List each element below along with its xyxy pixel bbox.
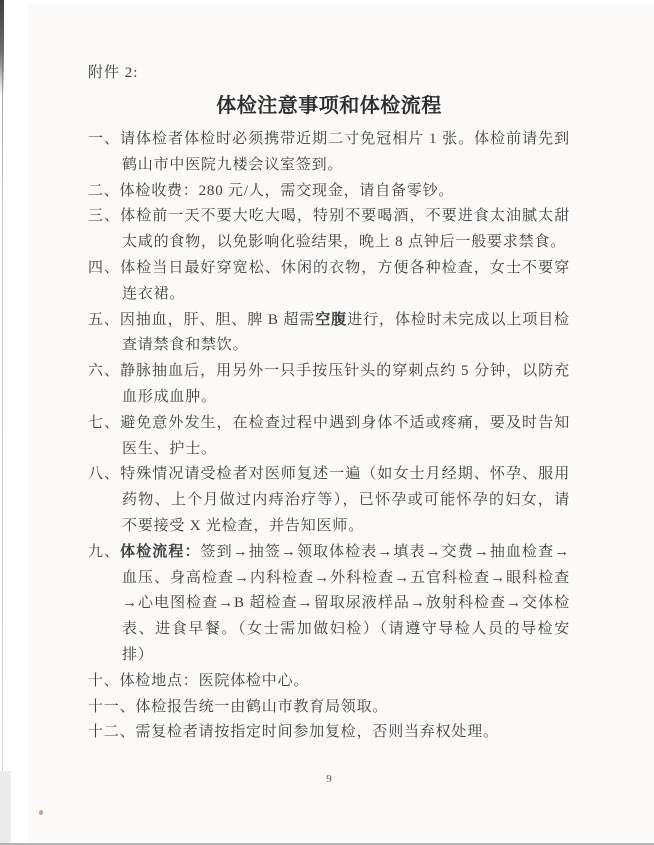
item-line: 不要接受 X 光检查，并告知医师。: [88, 514, 570, 540]
body-text: 体检前一天不要大吃大喝，特别不要喝酒，不要进食太油腻太甜: [120, 208, 570, 224]
item-line: 医生、护士。: [88, 437, 570, 463]
body-text: 排）: [122, 647, 154, 663]
list-item-7: 七、避免意外发生，在检查过程中遇到身体不适或疼痛，要及时告知医生、护士。: [88, 411, 570, 463]
body-text: 太咸的食物，以免影响化验结果，晚上 8 点钟后一般要求禁食。: [122, 234, 566, 250]
list-item-9: 九、体检流程：签到→抽签→领取体检表→填表→交费→抽血检查→血压、身高检查→内科…: [88, 540, 570, 669]
list-item-10: 十、体检地点：医院体检中心。: [88, 669, 570, 695]
item-line: 十、体检地点：医院体检中心。: [88, 669, 570, 695]
item-number: 五、: [88, 312, 120, 328]
body-text: 静脉抽血后，用另外一只手按压针头的穿刺点约 5 分钟，以防充: [120, 363, 570, 379]
item-number: 一、: [88, 131, 120, 147]
body-text: 鹤山市中医院九楼会议室签到。: [122, 157, 343, 173]
item-number: 十、: [88, 673, 120, 689]
item-line: 血形成血肿。: [88, 385, 570, 411]
item-line: 排）: [88, 643, 570, 669]
body-text: 连衣裙。: [122, 286, 185, 302]
item-number: 六、: [88, 363, 120, 379]
body-text: 查请禁食和禁饮。: [122, 337, 248, 353]
item-number: 九、: [88, 544, 120, 560]
body-text: 特殊情况请受检者对医师复述一遍（如女士月经期、怀孕、服用: [120, 466, 570, 482]
body-text: 需复检者请按指定时间参加复检，否则当弃权处理。: [135, 724, 498, 740]
list-item-5: 五、因抽血，肝、胆、脾 B 超需空腹进行，体检时未完成以上项目检查请禁食和禁饮。: [88, 308, 570, 360]
body-text: →心电图检查→B 超检查→留取尿液样品→放射科检查→交体检: [122, 595, 570, 611]
body-text: 表、进食早餐。（女士需加做妇检）（请遵守导检人员的导检安: [122, 621, 570, 637]
list-item-11: 十一、体检报告统一由鹤山市教育局领取。: [88, 695, 570, 721]
item-number: 十一、: [88, 699, 135, 715]
item-number: 十二、: [88, 724, 135, 740]
item-line: 十二、需复检者请按指定时间参加复检，否则当弃权处理。: [88, 720, 570, 746]
body-text: 体检报告统一由鹤山市教育局领取。: [135, 699, 388, 715]
item-line: 鹤山市中医院九楼会议室签到。: [88, 153, 570, 179]
item-line: 药物、上个月做过内痔治疗等），已怀孕或可能怀孕的妇女，请: [88, 488, 570, 514]
list-item-6: 六、静脉抽血后，用另外一只手按压针头的穿刺点约 5 分钟，以防充血形成血肿。: [88, 359, 570, 411]
body-text: 药物、上个月做过内痔治疗等），已怀孕或可能怀孕的妇女，请: [122, 492, 570, 508]
item-number: 七、: [88, 415, 120, 431]
item-number: 四、: [88, 260, 120, 276]
body-text: 血形成血肿。: [122, 389, 217, 405]
body-text: 体检地点：医院体检中心。: [120, 673, 310, 689]
item-line: 九、体检流程：签到→抽签→领取体检表→填表→交费→抽血检查→: [88, 540, 570, 566]
item-line: 五、因抽血，肝、胆、脾 B 超需空腹进行，体检时未完成以上项目检: [88, 308, 570, 334]
attachment-label: 附件 2:: [88, 64, 570, 83]
item-line: 表、进食早餐。（女士需加做妇检）（请遵守导检人员的导检安: [88, 617, 570, 643]
item-number: 三、: [88, 208, 120, 224]
list-item-4: 四、体检当日最好穿宽松、休闲的衣物，方便各种检查，女士不要穿连衣裙。: [88, 256, 570, 308]
item-line: 六、静脉抽血后，用另外一只手按压针头的穿刺点约 5 分钟，以防充: [88, 359, 570, 385]
item-line: 查请禁食和禁饮。: [88, 333, 570, 359]
body-text: 体检当日最好穿宽松、休闲的衣物，方便各种检查，女士不要穿: [120, 260, 570, 276]
page-number: 9: [88, 772, 570, 786]
item-line: →心电图检查→B 超检查→留取尿液样品→放射科检查→交体检: [88, 591, 570, 617]
emphasis-text: 空腹: [315, 312, 347, 328]
notice-list: 一、请体检者体检时必须携带近期二寸免冠相片 1 张。体检前请先到鹤山市中医院九楼…: [88, 127, 570, 746]
body-text: 不要接受 X 光检查，并告知医师。: [122, 518, 364, 534]
item-line: 八、特殊情况请受检者对医师复述一遍（如女士月经期、怀孕、服用: [88, 462, 570, 488]
body-text: 进行，体检时未完成以上项目检: [347, 312, 570, 328]
body-text: 医生、护士。: [122, 441, 217, 457]
list-item-12: 十二、需复检者请按指定时间参加复检，否则当弃权处理。: [88, 720, 570, 746]
item-line: 十一、体检报告统一由鹤山市教育局领取。: [88, 695, 570, 721]
body-text: 体检收费：280 元/人，需交现金，请自备零钞。: [120, 183, 455, 199]
list-item-1: 一、请体检者体检时必须携带近期二寸免冠相片 1 张。体检前请先到鹤山市中医院九楼…: [88, 127, 570, 179]
emphasis-text: 体检流程：: [120, 544, 200, 560]
document-title: 体检注意事项和体检流程: [88, 93, 570, 119]
list-item-3: 三、体检前一天不要大吃大喝，特别不要喝酒，不要进食太油腻太甜太咸的食物，以免影响…: [88, 204, 570, 256]
body-text: 签到→抽签→领取体检表→填表→交费→抽血检查→: [201, 544, 570, 560]
item-line: 四、体检当日最好穿宽松、休闲的衣物，方便各种检查，女士不要穿: [88, 256, 570, 282]
document-page: 附件 2: 体检注意事项和体检流程 一、请体检者体检时必须携带近期二寸免冠相片 …: [0, 0, 654, 845]
item-line: 一、请体检者体检时必须携带近期二寸免冠相片 1 张。体检前请先到: [88, 127, 570, 153]
body-text: 请体检者体检时必须携带近期二寸免冠相片 1 张。体检前请先到: [120, 131, 570, 147]
body-text: 血压、身高检查→内科检查→外科检查→五官科检查→眼科检查: [122, 570, 570, 586]
item-line: 七、避免意外发生，在检查过程中遇到身体不适或疼痛，要及时告知: [88, 411, 570, 437]
item-line: 血压、身高检查→内科检查→外科检查→五官科检查→眼科检查: [88, 566, 570, 592]
item-number: 二、: [88, 183, 120, 199]
item-line: 三、体检前一天不要大吃大喝，特别不要喝酒，不要进食太油腻太甜: [88, 204, 570, 230]
item-line: 连衣裙。: [88, 282, 570, 308]
list-item-8: 八、特殊情况请受检者对医师复述一遍（如女士月经期、怀孕、服用药物、上个月做过内痔…: [88, 462, 570, 539]
body-text: 避免意外发生，在检查过程中遇到身体不适或疼痛，要及时告知: [120, 415, 570, 431]
list-item-2: 二、体检收费：280 元/人，需交现金，请自备零钞。: [88, 179, 570, 205]
body-text: 因抽血，肝、胆、脾 B 超需: [120, 312, 315, 328]
item-number: 八、: [88, 466, 120, 482]
item-line: 太咸的食物，以免影响化验结果，晚上 8 点钟后一般要求禁食。: [88, 230, 570, 256]
item-line: 二、体检收费：280 元/人，需交现金，请自备零钞。: [88, 179, 570, 205]
